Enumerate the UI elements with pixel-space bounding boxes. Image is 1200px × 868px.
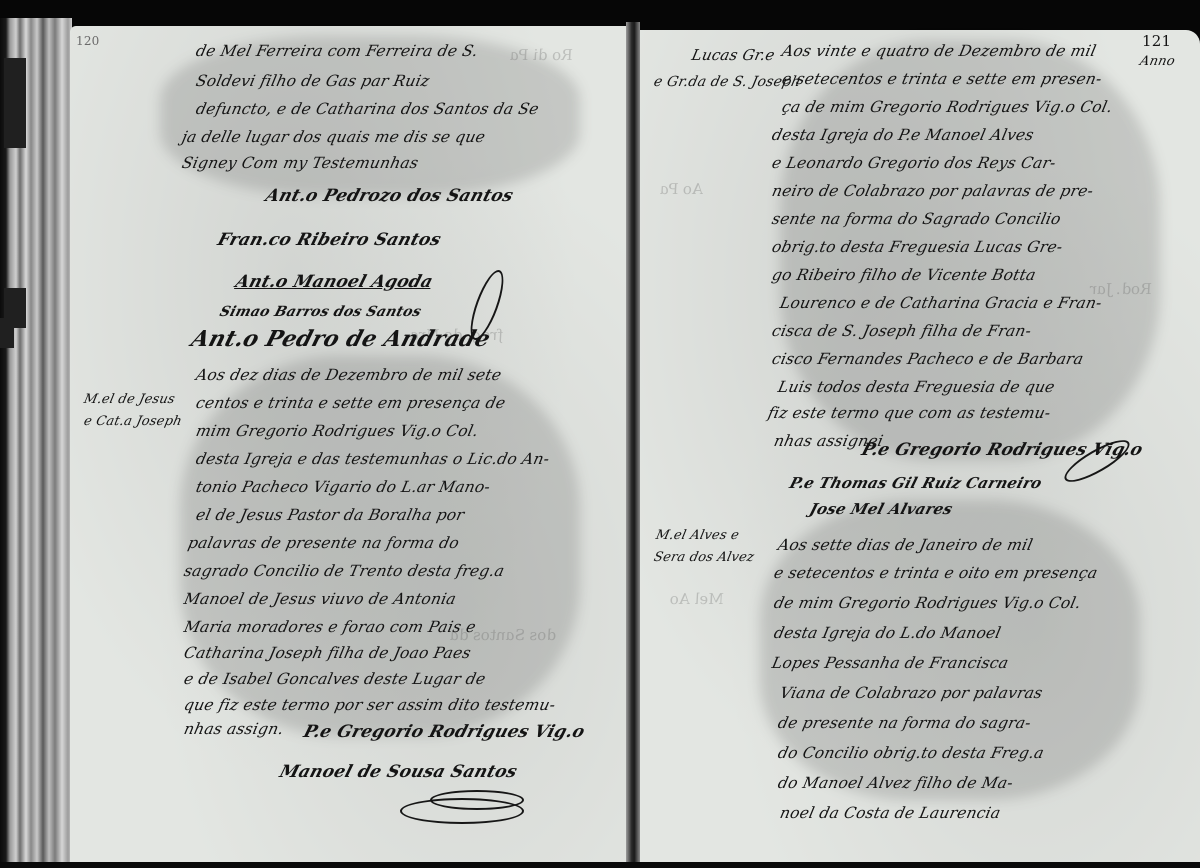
left-page: Ro di Pa freg. de Nra dos Santos da 120 … [70, 26, 626, 868]
text-line: Signey Com my Testemunhas [180, 156, 419, 172]
text-line: e setecentos e trinta e sette em presen- [780, 72, 1103, 88]
text-line: desta Igreja do P.e Manoel Alves [770, 128, 1035, 144]
margin-note: Sera dos Alvez [652, 550, 755, 565]
text-line: que fiz este termo por ser assim dito te… [182, 698, 556, 714]
text-line: centos e trinta e sette em presença de [194, 396, 506, 412]
text-line: sagrado Concilio de Trento desta freg.a [182, 564, 505, 580]
scan-bottom-edge [0, 862, 1200, 868]
text-line: Aos vinte e quatro de Dezembro de mil [780, 44, 1097, 60]
text-line: el de Jesus Pastor da Boralha por [194, 508, 465, 524]
text-line: Soldevi filho de Gas par Ruiz [194, 74, 430, 90]
text-line: e Leonardo Gregorio dos Reys Car- [770, 156, 1057, 172]
folio-note: Anno [1138, 54, 1176, 69]
text-line: palavras de presente na forma do [186, 536, 460, 552]
text-line: desta Igreja do L.do Manoel [772, 626, 1002, 642]
text-line: neiro de Colabrazo por palavras de pre- [770, 184, 1094, 200]
text-line: Aos dez dias de Dezembro de mil sete [194, 368, 502, 384]
text-line: e de Isabel Goncalves deste Lugar de [182, 672, 487, 688]
signature: Simao Barros dos Santos [218, 304, 423, 320]
text-line: do Manoel Alvez filho de Ma- [776, 776, 1014, 792]
text-line: Catharina Joseph filha de Joao Paes [182, 646, 472, 662]
text-line: e setecentos e trinta e oito em presença [772, 566, 1098, 582]
text-line: de mim Gregorio Rodrigues Vig.o Col. [772, 596, 1082, 612]
text-line: Maria moradores e forao com Pais e [182, 620, 477, 636]
text-line: cisco Fernandes Pacheco e de Barbara [770, 352, 1084, 368]
folio-number: 121 [1142, 32, 1171, 50]
text-line: de Mel Ferreira com Ferreira de S. [194, 44, 479, 60]
text-line: cisca de S. Joseph filha de Fran- [770, 324, 1032, 340]
text-line: mim Gregorio Rodrigues Vig.o Col. [194, 424, 479, 440]
signature: P.e Thomas Gil Ruiz Carneiro [787, 474, 1044, 492]
signature: Ant.o Pedrozo dos Santos [263, 186, 515, 206]
book-page-edges [0, 18, 72, 868]
text-line: Lourenco e de Catharina Gracia e Fran- [778, 296, 1103, 312]
margin-note: Lucas Gr.e [690, 46, 776, 64]
text-line: de presente na forma do sagra- [776, 716, 1032, 732]
text-line: nhas assign. [182, 722, 285, 738]
signature: P.e Gregorio Rodrigues Vig.o [301, 722, 587, 742]
text-line: sente na forma do Sagrado Concilio [770, 212, 1062, 228]
right-page: Ao Pa Rod. Jar Mel Ao 121 Anno Lucas Gr.… [640, 30, 1200, 868]
signature: Ant.o Pedro de Andrade [188, 326, 493, 352]
text-line: ça de mim Gregorio Rodrigues Vig.o Col. [780, 100, 1113, 116]
signature: Manoel de Sousa Santos [277, 762, 519, 782]
folio-number: 120 [76, 34, 100, 48]
signature: Ant.o Manoel Agoda [233, 272, 435, 292]
text-line: defuncto, e de Catharina dos Santos da S… [194, 102, 540, 118]
signature: Jose Mel Alvares [807, 500, 954, 518]
text-line: Manoel de Jesus viuvo de Antonia [182, 592, 457, 608]
text-line: obrig.to desta Freguesia Lucas Gre- [770, 240, 1063, 256]
text-line: ja delle lugar dos quais me dis se que [180, 130, 486, 146]
text-line: Luis todos desta Freguesia de que [776, 380, 1056, 396]
margin-note: e Cat.a Joseph [82, 414, 183, 429]
text-line: Viana de Colabrazo por palavras [778, 686, 1043, 702]
text-line: go Ribeiro filho de Vicente Botta [770, 268, 1037, 284]
margin-note: M.el de Jesus [82, 392, 176, 407]
book-gutter [626, 22, 640, 868]
page-edge-tab [0, 318, 14, 348]
text-line: do Concilio obrig.to desta Freg.a [776, 746, 1045, 762]
signature: Fran.co Ribeiro Santos [215, 230, 443, 250]
page-edge-tab [4, 58, 26, 148]
margin-note: M.el Alves e [654, 528, 740, 543]
text-line: fiz este termo que com as testemu- [766, 406, 1052, 422]
text-line: noel da Costa de Laurencia [778, 806, 1001, 822]
text-line: Aos sette dias de Janeiro de mil [776, 538, 1034, 554]
text-line: tonio Pacheco Vigario do L.ar Mano- [194, 480, 491, 496]
text-line: desta Igreja e das testemunhas o Lic.do … [194, 452, 550, 468]
text-line: Lopes Pessanha de Francisca [770, 656, 1009, 672]
